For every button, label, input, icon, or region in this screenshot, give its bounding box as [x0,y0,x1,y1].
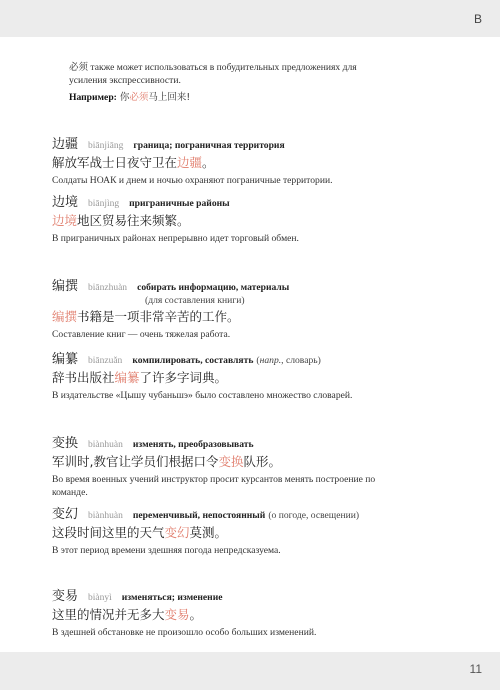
pinyin: biànyì [88,593,112,603]
section-letter: B [474,12,482,26]
header-band: B [0,0,500,37]
translation: приграничные районы [129,198,230,209]
translation: изменять, преобразовывать [133,439,254,450]
translation: изменяться; изменение [122,592,223,603]
headword: 变易 [52,585,78,604]
example-chinese: 这段时间这里的天气变幻莫测。 [52,525,472,541]
highlighted-word: 必须 [129,92,148,103]
example-translation: Во время военных учений инструктор проси… [52,474,382,499]
example-translation: В здешней обстановке не произошло особо … [52,627,432,640]
translation: граница; пограничная территория [133,140,284,151]
dictionary-entry: 变幻 biànhuàn переменчивый, непостоянный (… [52,503,472,558]
headword: 编纂 [52,348,78,367]
pinyin: biānzhuàn [88,283,127,293]
example-chinese: 编撰书籍是一项非常辛苦的工作。 [52,309,472,325]
pinyin: biānjiāng [88,141,123,151]
example-chinese: 边境地区贸易往来频繁。 [52,213,472,229]
example-translation: В издательстве «Цышу чубаньшэ» было сост… [52,390,432,403]
usage-note: 必须 также может использоваться в побудите… [69,61,389,104]
page-number: 11 [470,662,482,676]
example-label: Например: [69,92,117,103]
note-text: 必须 также может использоваться в побудите… [69,61,389,87]
example-chinese: 军训时,教官让学员们根据口令变换队形。 [52,454,472,470]
translation-note: (о погоде, освещении) [268,510,359,521]
dictionary-entry: 编纂 biānzuǎn компилировать, составлять (н… [52,348,472,403]
headword: 变幻 [52,503,78,522]
pinyin: biānzuǎn [88,356,122,366]
example-chinese: 辞书出版社编纂了许多字词典。 [52,370,472,386]
translation-note: (напр., словарь) [256,355,320,366]
example-translation: В этот период времени здешняя погода неп… [52,545,382,558]
dictionary-entry: 边境 biānjìng приграничные районы 边境地区贸易往来… [52,191,472,246]
translation: компилировать, составлять [132,355,253,366]
highlighted-word: 变换 [218,454,243,469]
note-example: Например: 你必须马上回来! [69,91,389,104]
example-translation: Составление книг — очень тяжелая работа. [52,329,382,342]
note-han: 必须 [69,62,88,73]
headword: 边境 [52,191,78,210]
translation: переменчивый, непостоянный [133,510,265,521]
headword: 变换 [52,432,78,451]
example-translation: В приграничных районах непрерывно идет т… [52,233,382,246]
highlighted-word: 变幻 [165,525,190,540]
dictionary-entry: 变易 biànyì изменяться; изменение 这里的情况并无多… [52,585,472,640]
pinyin: biànhuàn [88,440,123,450]
dictionary-entry: 变换 biànhuàn изменять, преобразовывать 军训… [52,432,472,499]
dictionary-entry: 边疆 biānjiāng граница; пограничная террит… [52,133,472,188]
highlighted-word: 边疆 [177,155,202,170]
pinyin: biànhuàn [88,511,123,521]
footer-band: 11 [0,652,500,690]
highlighted-word: 变易 [165,607,190,622]
highlighted-word: 编撰 [52,309,77,324]
highlighted-word: 编纂 [115,370,140,385]
translation: собирать информацию, материалы [137,282,289,293]
translation-note: (для составления книги) [145,295,472,306]
pinyin: biānjìng [88,199,119,209]
example-chinese: 解放军战士日夜守卫在边疆。 [52,155,472,171]
example-chinese: 这里的情况并无多大变易。 [52,607,472,623]
dictionary-entry: 编撰 biānzhuàn собирать информацию, матери… [52,275,472,342]
headword: 边疆 [52,133,78,152]
headword: 编撰 [52,275,78,294]
highlighted-word: 边境 [52,213,77,228]
example-translation: Солдаты НОАК и днем и ночью охраняют пог… [52,175,382,188]
